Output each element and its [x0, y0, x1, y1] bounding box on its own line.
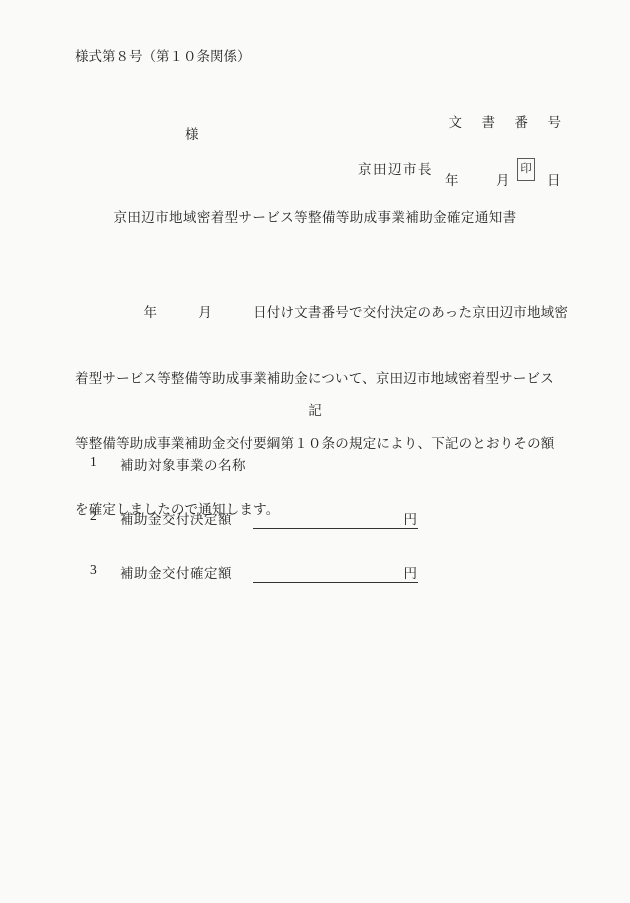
- sender-title: 京田辺市長: [358, 161, 433, 179]
- doc-number-block: 文 書 番 号 年 月 日: [445, 76, 564, 227]
- item-row-grant-decision-amount: 2 補助金交付決定額 円: [0, 508, 630, 529]
- item-label: 補助金交付確定額: [120, 562, 232, 582]
- doc-number-label: 文 書 番 号: [445, 112, 564, 133]
- item-number: 1: [90, 454, 97, 470]
- form-number: 様式第８号（第１０条関係）: [75, 48, 251, 66]
- date-line: 年 月 日: [445, 170, 564, 191]
- seal-box: 印: [517, 158, 535, 181]
- currency-unit-label: 円: [404, 566, 418, 581]
- body-line: 着型サービス等整備等助成事業補助金について、京田辺市地域密着型サービス: [75, 364, 575, 393]
- item-label: 補助対象事業の名称: [120, 454, 246, 474]
- note-heading: 記: [0, 402, 630, 420]
- document-page: 様式第８号（第１０条関係） 文 書 番 号 年 月 日 様 京田辺市長 印 京田…: [0, 0, 630, 903]
- addressee-suffix: 様: [185, 126, 199, 144]
- item-row-grant-determined-amount: 3 補助金交付確定額 円: [0, 562, 630, 583]
- amount-blank-field: 円: [253, 508, 418, 529]
- document-title: 京田辺市地域密着型サービス等整備等助成事業補助金確定通知書: [0, 209, 630, 227]
- item-number: 3: [90, 562, 97, 578]
- item-label: 補助金交付決定額: [120, 508, 232, 528]
- seal-label: 印: [520, 164, 532, 176]
- currency-unit-label: 円: [404, 512, 418, 527]
- body-line: 年 月 日付け文書番号で交付決定のあった京田辺市地域密: [75, 298, 575, 327]
- amount-blank-field: 円: [253, 562, 418, 583]
- item-row-subsidy-project-name: 1 補助対象事業の名称: [0, 454, 630, 475]
- item-number: 2: [90, 508, 97, 524]
